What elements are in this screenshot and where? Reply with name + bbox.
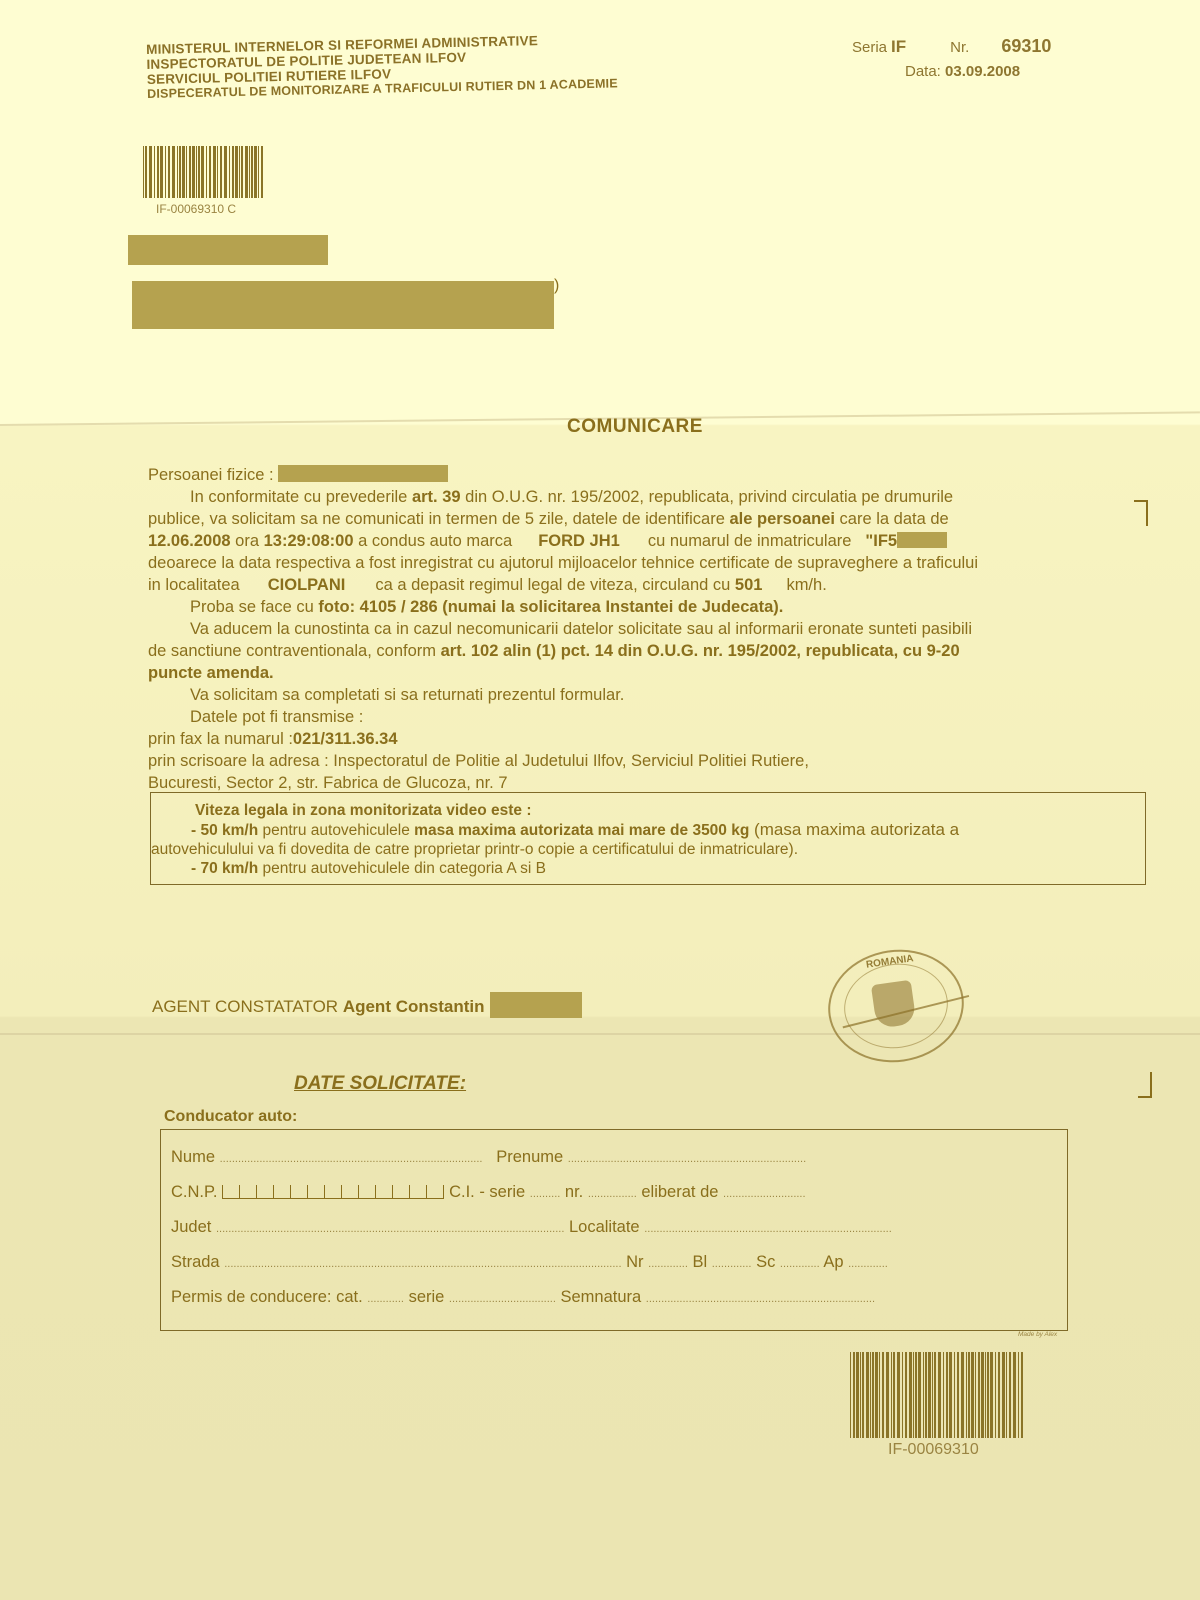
text: ora: [231, 532, 264, 550]
paragraph: prin fax la numarul :021/311.36.34: [148, 728, 1158, 750]
nume-label: Nume: [171, 1148, 215, 1166]
barcode-bar: [995, 1352, 996, 1438]
barcode-bar: [971, 1352, 974, 1438]
barcode-bar: [213, 146, 216, 198]
text: km/h.: [786, 576, 826, 594]
permis-serie-field[interactable]: ...................................: [449, 1293, 556, 1305]
agent-line: AGENT CONSTATATOR Agent Constantin: [152, 992, 582, 1018]
strada-field[interactable]: ........................................…: [224, 1258, 621, 1270]
barcode-bar: [886, 1352, 889, 1438]
judet-field[interactable]: ........................................…: [216, 1223, 564, 1235]
document-series: SeriaIFNr.69310: [852, 36, 1051, 57]
date-value: 03.09.2008: [945, 63, 1020, 80]
nume-field[interactable]: ........................................…: [220, 1153, 483, 1165]
paragraph: de sanctiune contraventionala, conform a…: [148, 640, 1158, 662]
seria-label: Seria: [852, 39, 887, 56]
text: Proba se face cu: [190, 598, 318, 616]
ci-nr-field[interactable]: ................: [588, 1188, 637, 1200]
permis-label: Permis de conducere: cat.: [171, 1288, 363, 1306]
text-bold: ale persoanei: [729, 510, 834, 528]
bl-field[interactable]: .............: [712, 1258, 752, 1270]
form-row-license: Permis de conducere: cat. ............ s…: [171, 1288, 1067, 1323]
cnp-field[interactable]: [222, 1183, 449, 1201]
text: cu numarul de inmatriculare: [648, 532, 852, 550]
ci-serie-label: C.I. - serie: [449, 1183, 525, 1201]
barcode-top: [143, 146, 265, 198]
speed-rule-cont: autovehiculului va fi dovedita de catre …: [151, 840, 1145, 859]
barcode-bar: [925, 1352, 927, 1438]
text: in localitatea: [148, 576, 240, 594]
barcode-bar: [860, 1352, 861, 1438]
speed-rule: - 70 km/h pentru autovehiculele din cate…: [151, 859, 1145, 878]
barcode-bar: [196, 146, 197, 198]
barcode-bottom-label: IF-00069310: [888, 1441, 979, 1459]
eliberat-label: eliberat de: [641, 1183, 718, 1201]
text: deoarece la data respectiva a fost inreg…: [148, 554, 978, 572]
text: prin scrisoare la adresa : Inspectoratul…: [148, 752, 809, 770]
nr-label: Nr.: [950, 39, 969, 56]
document-title: COMUNICARE: [0, 416, 1200, 438]
text: prin fax la numarul :: [148, 730, 293, 748]
barcode-bar: [1006, 1352, 1007, 1438]
barcode-bar: [975, 1352, 976, 1438]
closing-paren: ): [554, 277, 559, 295]
official-stamp-seal: ROMANIA: [821, 941, 971, 1071]
text: de sanctiune contraventionala, conform: [148, 642, 441, 660]
barcode-bar: [905, 1352, 907, 1438]
barcode-bar: [172, 146, 175, 198]
barcode-bar: [893, 1352, 895, 1438]
sc-label: Sc: [756, 1253, 775, 1271]
made-by-credit: Made by Alex: [1018, 1331, 1057, 1338]
redacted-agent-surname: [490, 992, 582, 1018]
barcode-bar: [177, 146, 178, 198]
barcode-bar: [217, 146, 218, 198]
form-row-region: Judet ..................................…: [171, 1218, 1067, 1253]
permis-cat-field[interactable]: ............: [367, 1293, 404, 1305]
fold-mark-corner: [1138, 1072, 1152, 1098]
localitate-field[interactable]: ........................................…: [644, 1223, 892, 1235]
paragraph: In conformitate cu prevederile art. 39 d…: [148, 486, 1158, 508]
barcode-bar: [224, 146, 227, 198]
speed-box-heading: Viteza legala in zona monitorizata video…: [151, 801, 1145, 820]
speed-rule: - 50 km/h pentru autovehiculele masa max…: [151, 820, 1145, 840]
barcode-bar: [192, 146, 195, 198]
barcode-bar: [928, 1352, 931, 1438]
driver-subtitle: Conducator auto:: [164, 1108, 297, 1126]
cnp-digit-box[interactable]: [307, 1185, 324, 1199]
paper-fold-line: [0, 1033, 1200, 1035]
barcode-bar: [875, 1352, 878, 1438]
barcode-bar: [968, 1352, 970, 1438]
vehicle-make: FORD JH1: [538, 532, 620, 550]
agent-label: AGENT CONSTATATOR: [152, 997, 338, 1016]
offense-date: 12.06.2008: [148, 532, 231, 550]
barcode-bar: [934, 1352, 936, 1438]
barcode-bar: [1002, 1352, 1005, 1438]
barcode-bar: [966, 1352, 967, 1438]
ci-serie-field[interactable]: ..........: [530, 1188, 561, 1200]
text: care la data de: [835, 510, 949, 528]
barcode-bar: [981, 1352, 984, 1438]
barcode-bar: [239, 146, 240, 198]
form-row-name: Nume ...................................…: [171, 1148, 1067, 1183]
document-body: Persoanei fizice : In conformitate cu pr…: [148, 464, 1158, 794]
barcode-bar: [938, 1352, 941, 1438]
prenume-field[interactable]: ........................................…: [568, 1153, 806, 1165]
paragraph: Va solicitam sa completati si sa returna…: [148, 684, 1158, 706]
nr-field[interactable]: .............: [648, 1258, 688, 1270]
eliberat-field[interactable]: ...........................: [723, 1188, 806, 1200]
barcode-bar: [923, 1352, 924, 1438]
judet-label: Judet: [171, 1218, 211, 1236]
paragraph: deoarece la data respectiva a fost inreg…: [148, 552, 1158, 574]
text: pentru autovehiculele: [258, 822, 414, 839]
paragraph: prin scrisoare la adresa : Inspectoratul…: [148, 750, 1158, 772]
barcode-bar: [872, 1352, 874, 1438]
nr-label: Nr: [626, 1253, 643, 1271]
barcode-bar: [932, 1352, 933, 1438]
barcode-bar: [165, 146, 166, 198]
cnp-digit-box[interactable]: [341, 1185, 358, 1199]
redacted-addressee-address: [132, 281, 554, 329]
paragraph: 12.06.2008 ora 13:29:08:00 a condus auto…: [148, 530, 1158, 552]
barcode-bar: [957, 1352, 959, 1438]
speed-limit: - 50 km/h: [191, 822, 258, 839]
barcode-bar: [245, 146, 248, 198]
barcode-bar: [254, 146, 257, 198]
requested-data-title: DATE SOLICITATE:: [294, 1073, 466, 1095]
text: Va aducem la cunostinta ca in cazul neco…: [190, 620, 972, 638]
cnp-digit-box[interactable]: [290, 1185, 307, 1199]
barcode-bar: [220, 146, 222, 198]
ci-nr-label: nr.: [565, 1183, 583, 1201]
barcode-bar: [232, 146, 234, 198]
text: Datele pot fi transmise :: [190, 708, 363, 726]
barcode-bar: [879, 1352, 880, 1438]
issuer-header: MINISTERUL INTERNELOR SI REFORMEI ADMINI…: [146, 31, 618, 102]
driver-data-form: Nume ...................................…: [160, 1129, 1068, 1331]
cnp-digit-box[interactable]: [256, 1185, 273, 1199]
paragraph: Va aducem la cunostinta ca in cazul neco…: [148, 618, 1158, 640]
barcode-bar: [157, 146, 159, 198]
cnp-label: C.N.P.: [171, 1183, 217, 1201]
barcode-bar: [978, 1352, 980, 1438]
paragraph: in localitateaCIOLPANIca a depasit regim…: [148, 574, 1158, 596]
recipient-line: Persoanei fizice :: [148, 464, 1158, 486]
redacted-plate: [897, 532, 947, 548]
speed-limit: - 70 km/h: [191, 860, 258, 877]
cnp-digit-box[interactable]: [409, 1185, 426, 1199]
document-date: Data: 03.09.2008: [905, 63, 1020, 80]
barcode-bar: [870, 1352, 871, 1438]
barcode-bar: [866, 1352, 869, 1438]
signature-field[interactable]: ........................................…: [646, 1293, 875, 1305]
plate-number: "IF5: [865, 532, 897, 550]
text: In conformitate cu prevederile: [190, 488, 412, 506]
text: din O.U.G. nr. 195/2002, republicata, pr…: [461, 488, 954, 506]
cnp-digit-box[interactable]: [222, 1185, 239, 1199]
nr-value: 69310: [1001, 36, 1051, 56]
text: Va solicitam sa completati si sa returna…: [190, 686, 624, 704]
recipient-label: Persoanei fizice :: [148, 466, 274, 484]
barcode-bar: [261, 146, 263, 198]
cnp-digit-box[interactable]: [392, 1185, 409, 1199]
barcode-bar: [189, 146, 191, 198]
prenume-label: Prenume: [496, 1148, 563, 1166]
text-bold: masa maxima autorizata mai mare de 3500 …: [414, 822, 749, 839]
barcode-bar: [943, 1352, 944, 1438]
redacted-addressee-name: [128, 235, 328, 265]
recorded-speed: 501: [735, 576, 763, 594]
barcode-bar: [891, 1352, 892, 1438]
article-ref: art. 39: [412, 488, 461, 506]
cnp-digit-box[interactable]: [324, 1185, 341, 1199]
barcode-bar: [168, 146, 170, 198]
barcode-bar: [985, 1352, 986, 1438]
barcode-bar: [862, 1352, 864, 1438]
barcode-bar: [897, 1352, 900, 1438]
barcode-bottom: [850, 1352, 1024, 1438]
text: publice, va solicitam sa ne comunicati i…: [148, 510, 729, 528]
fax-number: 021/311.36.34: [293, 730, 398, 748]
barcode-bar: [902, 1352, 903, 1438]
barcode-bar: [251, 146, 253, 198]
text: a condus auto marca: [354, 532, 513, 550]
legal-ref: art. 102 alin (1) pct. 14 din O.U.G. nr.…: [441, 642, 960, 660]
barcode-bar: [249, 146, 250, 198]
barcode-bar: [201, 146, 204, 198]
barcode-top-label: IF-00069310 C: [156, 202, 236, 216]
barcode-bar: [182, 146, 185, 198]
text: (masa maxima autorizata a: [749, 820, 959, 839]
permis-serie-label: serie: [409, 1288, 445, 1306]
barcode-bar: [145, 146, 147, 198]
barcode-bar: [998, 1352, 1000, 1438]
barcode-bar: [179, 146, 181, 198]
barcode-bar: [1021, 1352, 1023, 1438]
bl-label: Bl: [692, 1253, 707, 1271]
semnatura-label: Semnatura: [560, 1288, 641, 1306]
offense-time: 13:29:08:00: [264, 532, 354, 550]
paragraph: Proba se face cu foto: 4105 / 286 (numai…: [148, 596, 1158, 618]
barcode-bar: [1013, 1352, 1016, 1438]
barcode-bar: [143, 146, 144, 198]
sc-field[interactable]: .............: [780, 1258, 820, 1270]
barcode-bar: [882, 1352, 884, 1438]
barcode-bar: [853, 1352, 855, 1438]
strada-label: Strada: [171, 1253, 220, 1271]
paragraph: publice, va solicitam sa ne comunicati i…: [148, 508, 1158, 530]
barcode-bar: [229, 146, 230, 198]
barcode-bar: [949, 1352, 952, 1438]
barcode-bar: [1009, 1352, 1011, 1438]
barcode-bar: [856, 1352, 859, 1438]
barcode-bar: [198, 146, 200, 198]
barcode-bar: [235, 146, 238, 198]
redacted-recipient: [278, 465, 448, 482]
barcode-bar: [990, 1352, 993, 1438]
barcode-bar: [915, 1352, 917, 1438]
photo-proof: foto: 4105 / 286 (numai la solicitarea I…: [318, 598, 783, 616]
text: pentru autovehiculele din categoria A si…: [258, 860, 546, 877]
barcode-bar: [1018, 1352, 1019, 1438]
barcode-bar: [206, 146, 207, 198]
legal-speed-box: Viteza legala in zona monitorizata video…: [150, 792, 1146, 885]
barcode-bar: [154, 146, 155, 198]
localitate-label: Localitate: [569, 1218, 640, 1236]
barcode-bar: [954, 1352, 955, 1438]
barcode-bar: [160, 146, 163, 198]
barcode-bar: [913, 1352, 914, 1438]
cnp-digit-box[interactable]: [375, 1185, 392, 1199]
cnp-end-bar: [443, 1185, 444, 1199]
agent-name: Agent Constantin: [343, 997, 485, 1016]
form-row-street: Strada .................................…: [171, 1253, 1067, 1288]
barcode-bar: [258, 146, 259, 198]
barcode-bar: [149, 146, 152, 198]
form-row-cnp: C.N.P. C.I. - serie .......... nr. .....…: [171, 1183, 1067, 1218]
barcode-bar: [961, 1352, 964, 1438]
ap-label: Ap: [823, 1253, 843, 1271]
barcode-bar: [909, 1352, 912, 1438]
barcode-bar: [186, 146, 187, 198]
paragraph: Bucuresti, Sector 2, str. Fabrica de Glu…: [148, 772, 1158, 794]
date-label: Data:: [905, 63, 941, 80]
cnp-digit-box[interactable]: [239, 1185, 256, 1199]
cnp-digit-box[interactable]: [426, 1185, 443, 1199]
paragraph: Datele pot fi transmise :: [148, 706, 1158, 728]
location: CIOLPANI: [268, 576, 346, 594]
text-bold: puncte amenda.: [148, 664, 274, 682]
barcode-bar: [241, 146, 243, 198]
barcode-bar: [987, 1352, 989, 1438]
text: ca a depasit regimul legal de viteza, ci…: [375, 576, 730, 594]
barcode-bar: [209, 146, 211, 198]
seria-value: IF: [891, 37, 906, 56]
paragraph: puncte amenda.: [148, 662, 1158, 684]
cnp-digit-box[interactable]: [273, 1185, 290, 1199]
postal-address: Bucuresti, Sector 2, str. Fabrica de Glu…: [148, 774, 508, 792]
barcode-bar: [946, 1352, 948, 1438]
barcode-bar: [918, 1352, 921, 1438]
cnp-digit-box[interactable]: [358, 1185, 375, 1199]
ap-field[interactable]: .............: [848, 1258, 888, 1270]
barcode-bar: [850, 1352, 851, 1438]
